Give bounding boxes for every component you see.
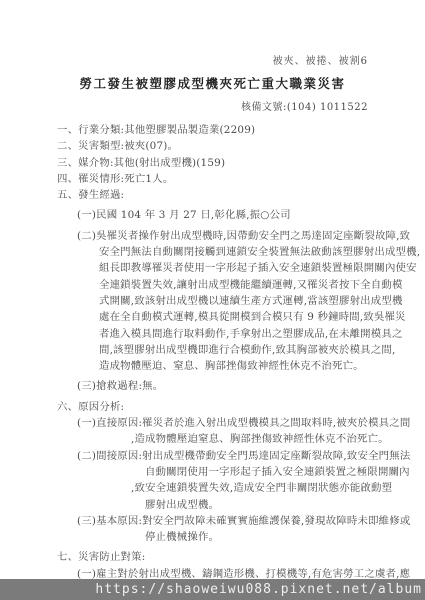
category-label: 被夾、被捲、被割6 <box>0 52 425 67</box>
document-line: 安全門無法自動關閉接觸到連鎖安全裝置無法啟動該塑膠射出成型機, <box>0 244 425 260</box>
document-line: 者進入模具間進行取料動作,手拿射出之塑膠成品,在未離開模具之 <box>0 326 425 342</box>
document-line: 二、災害類型:被夾(07)。 <box>0 138 425 154</box>
document-line: 組長即教導罹災者使用一字形起子插入安全連鎖裝置極限開關內使安 <box>0 260 425 276</box>
document-line: 自動關閉使用一字形起子插入安全連鎖裝置之極限開關內 <box>0 464 425 480</box>
document-line: 六、原因分析: <box>0 399 425 415</box>
document-line: 停止機械操作。 <box>0 529 425 545</box>
document-line: 四、罹災情形:死亡1人。 <box>0 171 425 187</box>
watermark-bar: https://shaoweiwu088.pixnet.net/album <box>0 579 425 600</box>
document-line: 一、行業分類:其他塑膠製品製造業(2209) <box>0 122 425 138</box>
watermark-url: https://shaoweiwu088.pixnet.net/album <box>95 582 422 597</box>
document-body: 一、行業分類:其他塑膠製品製造業(2209)二、災害類型:被夾(07)。三、媒介… <box>0 122 425 598</box>
document-line: 五、發生經過: <box>0 187 425 203</box>
document-line: 三、媒介物:其他(射出成型機)(159) <box>0 155 425 171</box>
document-line: 七、災害防止對策: <box>0 549 425 565</box>
document-line: ,造成物體壓迫窒息、胸部挫傷致神經性休克不治死亡。 <box>0 431 425 447</box>
document-line: (二)間接原因:射出成型機帶動安全門馬達固定座斷裂故障,致安全門無法 <box>0 448 425 464</box>
doc-number: 核備文號:(104) 1011522 <box>0 98 425 113</box>
document-line: 膠射出成型機。 <box>0 497 425 513</box>
document-line: 處在全自動模式運轉,模具從開模到合模只有 9 秒鐘時間,致吳罹災 <box>0 309 425 325</box>
document-line: (三)搶救過程:無。 <box>0 378 425 394</box>
document-page: 被夾、被捲、被割6 勞工發生被塑膠成型機夾死亡重大職業災害 核備文號:(104)… <box>0 0 425 600</box>
document-line: (二)吳罹災者操作射出成型機時,因帶動安全門之馬達固定座斷裂故障,致 <box>0 228 425 244</box>
document-line: (一)直接原因:罹災者於進入射出成型機模具之間取料時,被夾於模具之間 <box>0 415 425 431</box>
document-line: 全連鎖裝置失效,讓射出成型機能繼續運轉,又罹災者按下全自動模 <box>0 277 425 293</box>
document-line: (三)基本原因:對安全門故障未確實實施維護保養,發現故障時未即維修或 <box>0 513 425 529</box>
document-line: (一)民國 104 年 3 月 27 日,彰化縣,振○公司 <box>0 207 425 223</box>
document-line: 間,該塑膠射出成型機即進行合模動作,致其胸部被夾於模具之間, <box>0 342 425 358</box>
document-line: 造成物體壓迫、窒息、胸部挫傷致神經性休克不治死亡。 <box>0 358 425 374</box>
document-line: ,致安全連鎖裝置失效,造成安全門非關閉狀態亦能啟動塑 <box>0 480 425 496</box>
document-line: 式開關,致該射出成型機以連續生產方式運轉,當該塑膠射出成型機 <box>0 293 425 309</box>
document-title: 勞工發生被塑膠成型機夾死亡重大職業災害 <box>0 74 425 92</box>
